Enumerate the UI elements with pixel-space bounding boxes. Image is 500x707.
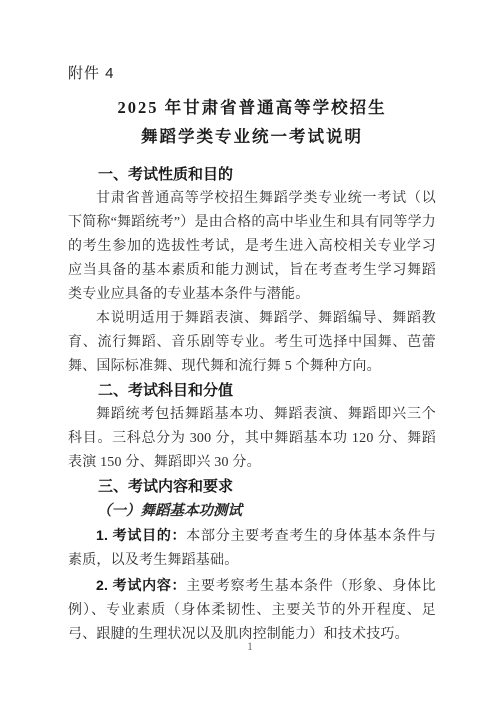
attachment-label: 附件 4 [68, 65, 436, 83]
doc-title-line-2: 舞蹈学类专业统一考试说明 [68, 122, 436, 151]
doc-title-line-1: 2025 年甘肃省普通高等学校招生 [68, 93, 436, 122]
section-3-item-2: 2. 考试内容：主要考察考生基本条件（形象、身体比例）、专业素质（身体柔韧性、主… [68, 573, 436, 647]
document-page: 附件 4 2025 年甘肃省普通高等学校招生 舞蹈学类专业统一考试说明 一、考试… [0, 0, 500, 707]
page-number: 1 [0, 641, 500, 653]
section-1-heading: 一、考试性质和目的 [68, 163, 436, 187]
section-3-heading: 三、考试内容和要求 [68, 475, 436, 499]
section-1-paragraph-1: 甘肃省普通高等学校招生舞蹈学类专业统一考试（以下简称“舞蹈统考”）是由合格的高中… [68, 187, 436, 307]
section-1-paragraph-2: 本说明适用于舞蹈表演、舞蹈学、舞蹈编导、舞蹈教育、流行舞蹈、音乐剧等专业。考生可… [68, 307, 436, 379]
section-3-item-1: 1. 考试目的：本部分主要考查考生的身体基本条件与素质，以及考生舞蹈基础。 [68, 523, 436, 573]
section-2-paragraph-1: 舞蹈统考包括舞蹈基本功、舞蹈表演、舞蹈即兴三个科目。三科总分为 300 分，其中… [68, 403, 436, 475]
section-3-item-1-label: 1. 考试目的： [96, 527, 186, 543]
section-3-subheading-1: （一）舞蹈基本功测试 [68, 499, 436, 523]
section-2-heading: 二、考试科目和分值 [68, 379, 436, 403]
section-3-item-2-label: 2. 考试内容： [96, 577, 186, 593]
